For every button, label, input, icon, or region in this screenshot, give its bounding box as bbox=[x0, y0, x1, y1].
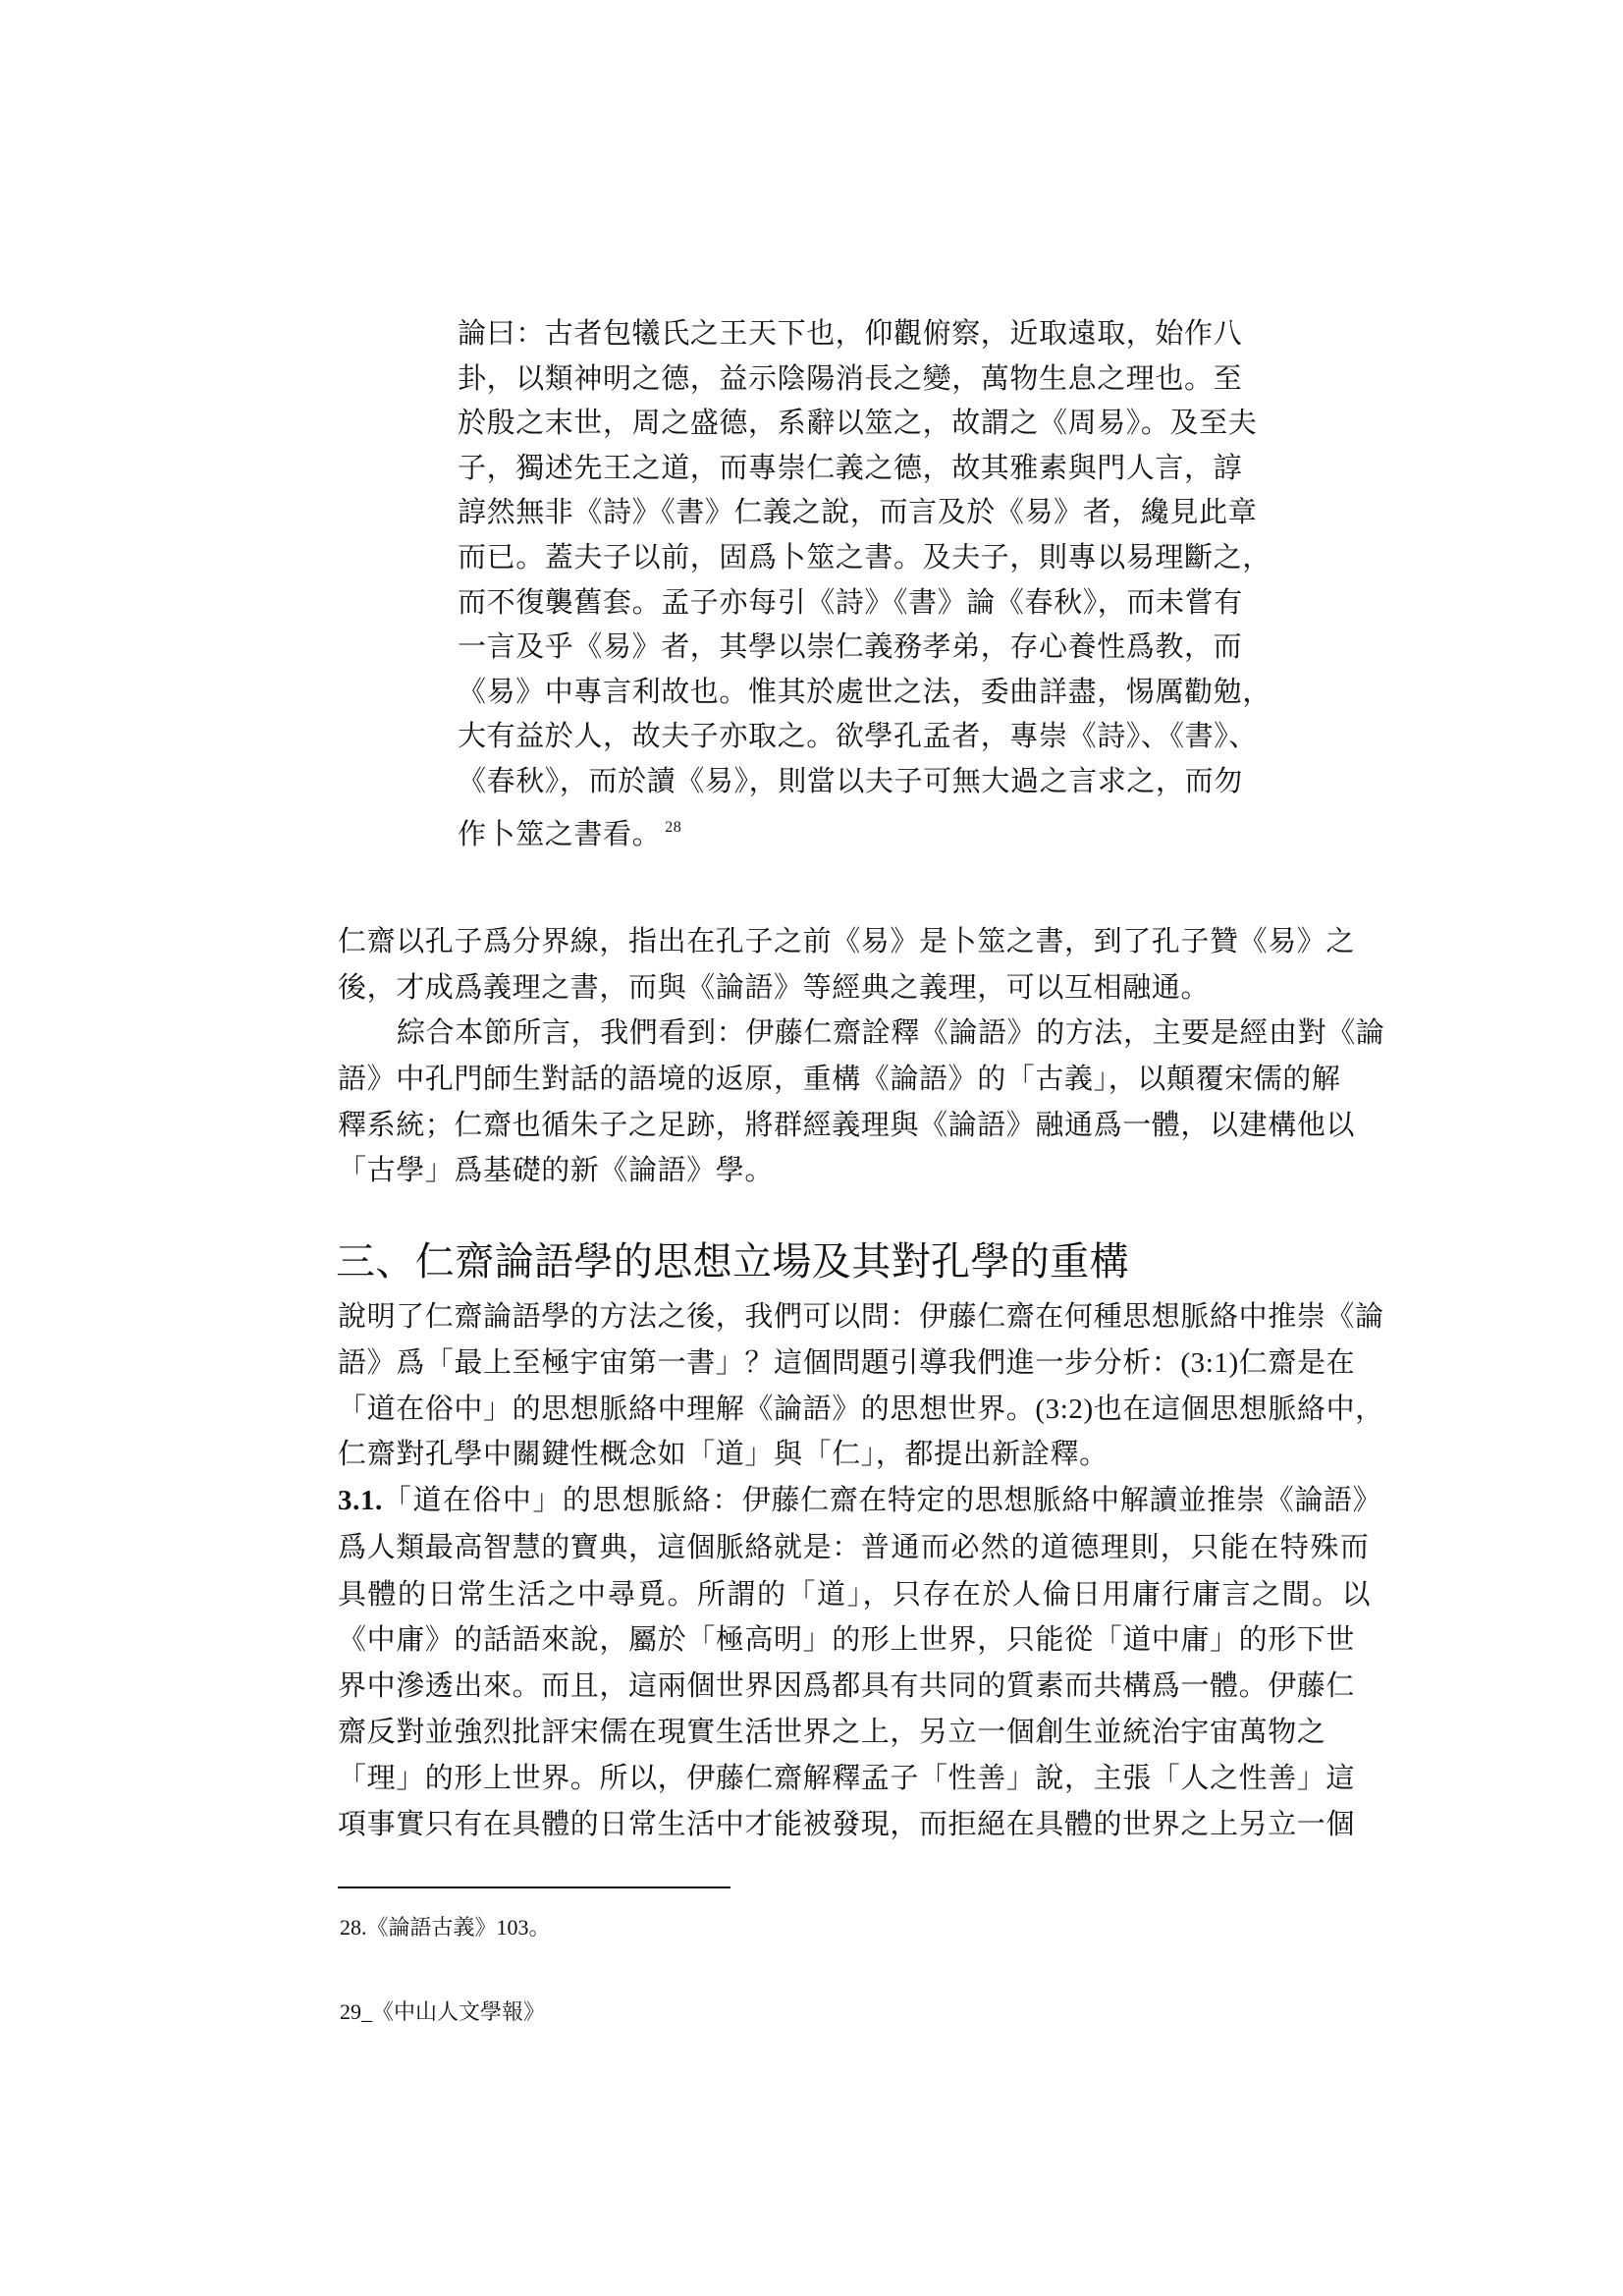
quote-line: 諄然無非《詩》《書》仁義之說，而言及於《易》者，纔見此章 bbox=[458, 491, 1208, 536]
paragraph-line: 爲人類最高智慧的寶典，這個脈絡就是：普通而必然的道德理則，只能在特殊而 bbox=[338, 1524, 1284, 1571]
paragraph-line: 仁齋對孔學中關鍵性概念如「道」與「仁」，都提出新詮釋。 bbox=[338, 1432, 1284, 1478]
footnote-28: 28.《論語古義》103。 bbox=[340, 1913, 551, 1942]
paragraph-line: 語》中孔門師生對話的語境的返原，重構《論語》的「古義」，以顛覆宋儒的解 bbox=[338, 1057, 1284, 1103]
paragraph-text: 爲人類最高智慧的寶典，這個脈絡就是： bbox=[338, 1532, 861, 1563]
paragraph-line: 具體的日常生活之中尋覓。所謂的「道」，只存在於人倫日用庸行庸言之間。以 bbox=[338, 1571, 1284, 1618]
paragraph-line: 後，才成爲義理之書，而與《論語》等經典之義理，可以互相融通。 bbox=[338, 965, 1284, 1011]
quote-line: 於殷之末世，周之盛德，系辭以筮之，故謂之《周易》。及至夫 bbox=[458, 402, 1208, 447]
paragraph-line: 《中庸》的話語來說，屬於「極高明」的形上世界，只能從「道中庸」的形下世 bbox=[338, 1617, 1284, 1664]
emphasized-text: 具體的日常生活之中尋覓。所謂的「道」，只存在於人倫日用庸行庸言之間。 bbox=[338, 1577, 1342, 1611]
quote-line: 而已。蓋夫子以前，固爲卜筮之書。及夫子，則專以易理斷之， bbox=[458, 536, 1208, 581]
paragraph-line: 釋系統；仁齋也循朱子之足跡，將群經義理與《論語》融通爲一體，以建構他以 bbox=[338, 1103, 1284, 1149]
paragraph-line: 「道在俗中」的思想脈絡中理解《論語》的思想世界。(3:2)也在這個思想脈絡中， bbox=[338, 1387, 1284, 1433]
emphasized-text: 普通而必然的道德理則，只能在特殊而 bbox=[861, 1530, 1371, 1563]
document-page: 論曰：古者包犧氏之王天下也，仰觀俯察，近取遠取，始作八 卦，以類神明之德，益示陰… bbox=[0, 0, 1623, 2296]
quote-line: 論曰：古者包犧氏之王天下也，仰觀俯察，近取遠取，始作八 bbox=[458, 312, 1208, 357]
paragraph-line: 仁齋以孔子爲分界線，指出在孔子之前《易》是卜筮之書，到了孔子贊《易》之 bbox=[338, 919, 1284, 965]
subsection-title: 「道在俗中」的思想脈絡： bbox=[383, 1483, 742, 1516]
paragraph-line: 「古學」爲基礎的新《論語》學。 bbox=[338, 1148, 1284, 1194]
paragraph-line: 說明了仁齋論語學的方法之後，我們可以問：伊藤仁齋在何種思想脈絡中推崇《論 bbox=[338, 1294, 1284, 1340]
paragraph-text: 伊藤仁齋在特定的思想脈絡中解讀並推崇《論語》 bbox=[742, 1485, 1381, 1516]
quote-line: 一言及乎《易》者，其學以崇仁義務孝弟，存心養性爲教，而 bbox=[458, 626, 1208, 671]
quote-line: 而不復襲舊套。孟子亦每引《詩》《書》論《春秋》，而未嘗有 bbox=[458, 581, 1208, 627]
paragraph-4: 3.1.「道在俗中」的思想脈絡：伊藤仁齋在特定的思想脈絡中解讀並推崇《論語》 爲… bbox=[338, 1477, 1284, 1847]
paragraph-line: 語》爲「最上至極宇宙第一書」？這個問題引導我們進一步分析：(3:1)仁齋是在 bbox=[338, 1340, 1284, 1387]
block-quote: 論曰：古者包犧氏之王天下也，仰觀俯察，近取遠取，始作八 卦，以類神明之德，益示陰… bbox=[458, 312, 1208, 857]
footnote-divider bbox=[338, 1886, 730, 1888]
quote-line: 《易》中專言利故也。惟其於處世之法，委曲詳盡，惕厲勸勉， bbox=[458, 671, 1208, 716]
paragraph-text: 以 bbox=[1342, 1579, 1372, 1611]
quote-line: 大有益於人，故夫子亦取之。欲學孔孟者，專崇《詩》、《書》、 bbox=[458, 715, 1208, 760]
page-footer: 29_《中山人文學報》 bbox=[340, 1997, 545, 2027]
paragraph-line: 綜合本節所言，我們看到：伊藤仁齋詮釋《論語》的方法，主要是經由對《論 bbox=[338, 1011, 1284, 1057]
footnote-ref-28[interactable]: 28 bbox=[665, 819, 681, 836]
quote-line-last: 作卜筮之書看。28 bbox=[458, 805, 1208, 858]
quote-text: 作卜筮之書看。 bbox=[458, 819, 661, 850]
paragraph-1: 仁齋以孔子爲分界線，指出在孔子之前《易》是卜筮之書，到了孔子贊《易》之 後，才成… bbox=[338, 919, 1284, 1011]
paragraph-line: 3.1.「道在俗中」的思想脈絡：伊藤仁齋在特定的思想脈絡中解讀並推崇《論語》 bbox=[338, 1477, 1284, 1524]
quote-line: 子，獨述先王之道，而專崇仁義之德，故其雅素與門人言，諄 bbox=[458, 447, 1208, 492]
quote-line: 《春秋》，而於讀《易》，則當以夫子可無大過之言求之，而勿 bbox=[458, 760, 1208, 805]
paragraph-3: 說明了仁齋論語學的方法之後，我們可以問：伊藤仁齋在何種思想脈絡中推崇《論 語》爲… bbox=[338, 1294, 1284, 1478]
paragraph-line: 「理」的形上世界。所以，伊藤仁齋解釋孟子「性善」說，主張「人之性善」這 bbox=[338, 1756, 1284, 1802]
quote-line: 卦，以類神明之德，益示陰陽消長之變，萬物生息之理也。至 bbox=[458, 357, 1208, 403]
section-heading: 三、仁齋論語學的思想立場及其對孔學的重構 bbox=[336, 1235, 1129, 1288]
paragraph-line: 界中滲透出來。而且，這兩個世界因爲都具有共同的質素而共構爲一體。伊藤仁 bbox=[338, 1664, 1284, 1710]
subsection-number: 3.1. bbox=[338, 1485, 383, 1516]
paragraph-line: 齋反對並強烈批評宋儒在現實生活世界之上，另立一個創生並統治宇宙萬物之 bbox=[338, 1710, 1284, 1756]
paragraph-2: 綜合本節所言，我們看到：伊藤仁齋詮釋《論語》的方法，主要是經由對《論 語》中孔門… bbox=[338, 1011, 1284, 1194]
paragraph-line: 項事實只有在具體的日常生活中才能被發現，而拒絕在具體的世界之上另立一個 bbox=[338, 1802, 1284, 1848]
